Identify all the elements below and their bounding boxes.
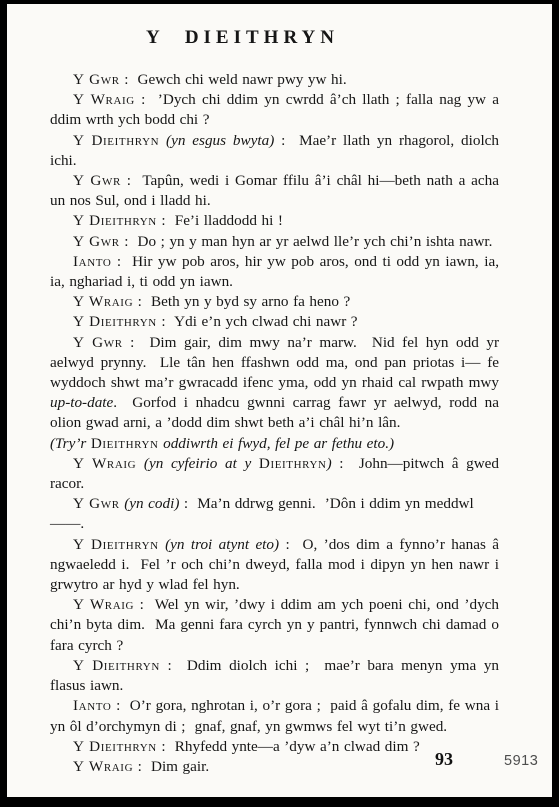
- speaker-name: Y Dieithryn: [73, 657, 160, 674]
- speech-paragraph: Y Wraig (yn cyfeirio at y Dieithryn) : J…: [50, 454, 499, 494]
- speech-paragraph: Ianto : O’r gora, nghrotan i, o’r gora ;…: [50, 696, 499, 736]
- dialogue-text: : Hir yw pob aros, hir yw pob aros, ond …: [50, 253, 499, 290]
- speaker-name: Y Dieithryn: [73, 313, 157, 330]
- speaker-name: Y Gwr: [73, 172, 121, 189]
- speaker-name: Y Wraig: [73, 596, 134, 613]
- speech-paragraph: Y Gwr (yn codi) : Ma’n ddrwg genni. ’Dôn…: [50, 494, 499, 534]
- speaker-name: Y Wraig: [73, 758, 133, 775]
- stage-direction-text: (yn esgus bwyta): [166, 132, 274, 149]
- page-body: Y DIEITHRYN Y Gwr : Gewch chi weld nawr …: [7, 4, 552, 797]
- dialogue-text: : Rhyfedd ynte—a ’dyw a’n clwad dim ?: [157, 738, 420, 755]
- speech-paragraph: Y Dieithryn (yn troi atynt eto) : O, ’do…: [50, 535, 499, 596]
- dialogue-text: : Beth yn y byd sy arno fa heno ?: [133, 293, 350, 310]
- speech-paragraph: Y Dieithryn : Ydi e’n ych clwad chi nawr…: [50, 312, 499, 332]
- speech-paragraph: Ianto : Hir yw pob aros, hir yw pob aros…: [50, 252, 499, 292]
- page-number: 93: [435, 749, 453, 770]
- catalog-number: 5913: [504, 753, 538, 769]
- character-name: Dieithryn: [259, 455, 327, 472]
- dialogue-text: : Do ; yn y man hyn ar yr aelwd lle’r yc…: [120, 233, 493, 250]
- speech-paragraph: Y Gwr : Tapûn, wedi i Gomar ffilu â’i ch…: [50, 171, 499, 211]
- speaker-name: Y Wraig: [73, 455, 136, 472]
- speech-paragraph: Y Wraig : Dim gair.: [50, 757, 499, 777]
- speaker-name: Y Gwr: [73, 233, 120, 250]
- speech-list: Y Gwr : Gewch chi weld nawr pwy yw hi.Y …: [50, 70, 499, 777]
- speaker-name: Ianto: [73, 253, 111, 270]
- dialogue-text: [136, 455, 144, 472]
- dialogue-text: ——.: [50, 515, 84, 532]
- dialogue-text: : O’r gora, nghrotan i, o’r gora ; paid …: [50, 697, 499, 734]
- speech-paragraph: Y Dieithryn : Rhyfedd ynte—a ’dyw a’n cl…: [50, 737, 499, 757]
- book-page: Y DIEITHRYN Y Gwr : Gewch chi weld nawr …: [0, 0, 559, 807]
- speech-paragraph: Y Gwr : Do ; yn y man hyn ar yr aelwd ll…: [50, 232, 499, 252]
- speaker-name: Y Dieithryn: [73, 536, 159, 553]
- page-title: Y DIEITHRYN: [18, 28, 467, 48]
- stage-direction-text: up-to-date: [50, 394, 113, 411]
- speech-paragraph: Y Wraig : Beth yn y byd sy arno fa heno …: [50, 292, 499, 312]
- speech-paragraph: Y Gwr : Dim gair, dim mwy na’r marw. Nid…: [50, 333, 499, 434]
- speaker-name: Y Gwr: [73, 71, 120, 88]
- character-name: Dieithryn: [91, 435, 159, 452]
- speaker-name: Y Dieithryn: [73, 212, 157, 229]
- dialogue-text: : Dim gair.: [133, 758, 209, 775]
- dialogue-text: : Ma’n ddrwg genni. ’Dôn i ddim yn meddw…: [179, 495, 473, 512]
- stage-direction-text: oddiwrth ei fwyd, fel pe ar fethu eto.): [159, 435, 395, 452]
- speech-paragraph: Y Dieithryn : Ddim diolch ichi ; mae’r b…: [50, 656, 499, 696]
- speaker-name: Y Wraig: [73, 293, 133, 310]
- speaker-name: Y Gwr: [73, 495, 120, 512]
- speaker-name: Y Dieithryn: [73, 738, 157, 755]
- dialogue-text: : Gewch chi weld nawr pwy yw hi.: [120, 71, 347, 88]
- stage-direction-text: (yn cyfeirio at y: [144, 455, 259, 472]
- dialogue-text: : Ydi e’n ych clwad chi nawr ?: [157, 313, 358, 330]
- speech-paragraph: Y Wraig : ’Dych chi ddim yn cwrdd â’ch l…: [50, 90, 499, 130]
- speaker-name: Y Dieithryn: [73, 132, 159, 149]
- speech-paragraph: Y Dieithryn (yn esgus bwyta) : Mae’r lla…: [50, 131, 499, 171]
- speech-paragraph: Y Wraig : Wel yn wir, ’dwy i ddim am ych…: [50, 595, 499, 656]
- stage-direction-text: (yn troi atynt eto): [165, 536, 279, 553]
- speaker-name: Y Gwr: [73, 334, 123, 351]
- speech-paragraph: Y Dieithryn : Fe’i lladdodd hi !: [50, 211, 499, 231]
- dialogue-text: . Gorfod i nhadcu gwnni carrag fawr yr a…: [50, 394, 499, 431]
- stage-direction-text: (Try’r: [50, 435, 91, 452]
- speech-paragraph: Y Gwr : Gewch chi weld nawr pwy yw hi.: [50, 70, 499, 90]
- stage-direction-text: (yn codi): [124, 495, 179, 512]
- dialogue-text: : Fe’i lladdodd hi !: [157, 212, 283, 229]
- speaker-name: Y Wraig: [73, 91, 135, 108]
- stage-direction: (Try’r Dieithryn oddiwrth ei fwyd, fel p…: [50, 434, 499, 454]
- speaker-name: Ianto: [73, 697, 111, 714]
